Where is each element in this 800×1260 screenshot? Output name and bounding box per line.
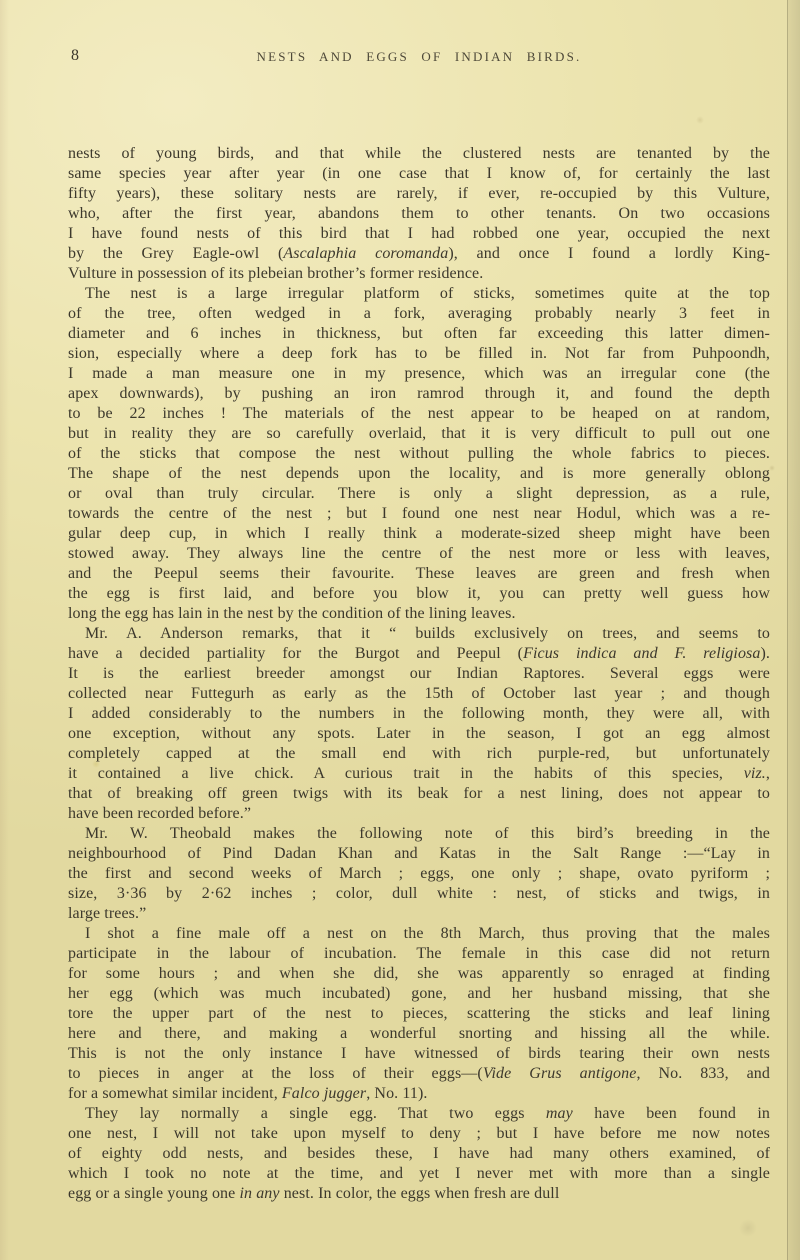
text-line: Mr. A. Anderson remarks, that it “ build…: [68, 624, 770, 644]
text-line: for some hours ; and when she did, she w…: [68, 964, 770, 984]
text-segment: to pieces in anger at the loss of their …: [68, 1065, 483, 1082]
body-text: nests of young birds, and that while the…: [68, 144, 770, 1204]
text-segment: I have found nests of this bird that I h…: [68, 225, 770, 242]
italic-text-segment: Ascalaphia coromanda: [283, 245, 448, 262]
paragraph: Mr. A. Anderson remarks, that it “ build…: [68, 624, 770, 824]
text-segment: ,: [766, 765, 770, 782]
text-line: fifty years), these solitary nests are r…: [68, 184, 770, 204]
text-segment: tore the upper part of the nest to piece…: [68, 1005, 770, 1022]
text-segment: of eighty odd nests, and besides these, …: [68, 1145, 770, 1162]
text-line: towards the centre of the nest ; but I f…: [68, 504, 770, 524]
text-line: nests of young birds, and that while the…: [68, 144, 770, 164]
text-line: tore the upper part of the nest to piece…: [68, 1004, 770, 1024]
text-line: for a somewhat similar incident, Falco j…: [68, 1084, 770, 1104]
text-segment: of the sticks that compose the nest with…: [68, 445, 770, 462]
text-line: collected near Futtegurh as early as the…: [68, 684, 770, 704]
text-line: which I took no note at the time, and ye…: [68, 1164, 770, 1184]
text-line: her egg (which was much incubated) gone,…: [68, 984, 770, 1004]
running-header-row: 8 NESTS AND EGGS OF INDIAN BIRDS.: [68, 46, 770, 68]
text-line: Vulture in possession of its plebeian br…: [68, 264, 770, 284]
text-line: size, 3·36 by 2·62 inches ; color, dull …: [68, 884, 770, 904]
text-line: egg or a single young one in any nest. I…: [68, 1184, 770, 1204]
text-segment: her egg (which was much incubated) gone,…: [68, 985, 770, 1002]
text-line: I added considerably to the numbers in t…: [68, 704, 770, 724]
text-segment: who, after the first year, abandons them…: [68, 205, 770, 222]
text-segment: gular deep cup, in which I really think …: [68, 525, 770, 542]
text-segment: ).: [760, 645, 770, 662]
text-line: It is the earliest breeder amongst our I…: [68, 664, 770, 684]
text-line: the egg is first laid, and before you bl…: [68, 584, 770, 604]
text-line: of the tree, often wedged in a fork, ave…: [68, 304, 770, 324]
text-segment: but in reality they are so carefully ove…: [68, 425, 770, 442]
text-segment: completely capped at the small end with …: [68, 745, 770, 762]
text-line: This is not the only instance I have wit…: [68, 1044, 770, 1064]
text-line: neighbourhood of Pind Dadan Khan and Kat…: [68, 844, 770, 864]
text-segment: This is not the only instance I have wit…: [68, 1045, 770, 1062]
text-segment: The nest is a large irregular platform o…: [85, 285, 770, 302]
text-line: completely capped at the small end with …: [68, 744, 770, 764]
text-line: to be 22 inches ! The materials of the n…: [68, 404, 770, 424]
text-segment: , No. 11).: [366, 1085, 427, 1102]
text-segment: same species year after year (in one cas…: [68, 165, 770, 182]
text-line: gular deep cup, in which I really think …: [68, 524, 770, 544]
text-segment: of the tree, often wedged in a fork, ave…: [68, 305, 770, 322]
text-line: large trees.”: [68, 904, 770, 924]
text-line: one nest, I will not take upon myself to…: [68, 1124, 770, 1144]
text-line: but in reality they are so carefully ove…: [68, 424, 770, 444]
text-line: have a decided partiality for the Burgot…: [68, 644, 770, 664]
text-line: stowed away. They always line the centre…: [68, 544, 770, 564]
text-segment: nest. In color, the eggs when fresh are …: [280, 1185, 560, 1202]
text-segment: have a decided partiality for the Burgot…: [68, 645, 523, 662]
text-segment: I shot a fine male off a nest on the 8th…: [85, 925, 770, 942]
text-line: and the Peepul seems their favourite. Th…: [68, 564, 770, 584]
text-line: that of breaking off green twigs with it…: [68, 784, 770, 804]
text-line: the first and second weeks of March ; eg…: [68, 864, 770, 884]
text-segment: to be 22 inches ! The materials of the n…: [68, 405, 770, 422]
text-segment: which I took no note at the time, and ye…: [68, 1165, 770, 1182]
text-line: of the sticks that compose the nest with…: [68, 444, 770, 464]
text-segment: it contained a live chick. A curious tra…: [68, 765, 744, 782]
text-segment: the first and second weeks of March ; eg…: [68, 865, 770, 882]
text-line: to pieces in anger at the loss of their …: [68, 1064, 770, 1084]
text-segment: large trees.”: [68, 905, 146, 922]
paragraph: Mr. W. Theobald makes the following note…: [68, 824, 770, 924]
italic-text-segment: in any: [239, 1185, 279, 1202]
text-line: same species year after year (in one cas…: [68, 164, 770, 184]
text-segment: stowed away. They always line the centre…: [68, 545, 770, 562]
text-segment: The shape of the nest depends upon the l…: [68, 465, 770, 482]
text-segment: or oval than truly circular. There is on…: [68, 485, 770, 502]
text-segment: have been recorded before.”: [68, 805, 251, 822]
text-segment: Mr. W. Theobald makes the following note…: [85, 825, 770, 842]
text-segment: fifty years), these solitary nests are r…: [68, 185, 770, 202]
text-segment: long the egg has lain in the nest by the…: [68, 605, 516, 622]
text-segment: They lay normally a single egg. That two…: [85, 1105, 546, 1122]
text-segment: diameter and 6 inches in thickness, but …: [68, 325, 770, 342]
text-line: The nest is a large irregular platform o…: [68, 284, 770, 304]
text-segment: apex downwards), by pushing an iron ramr…: [68, 385, 770, 402]
italic-text-segment: may: [546, 1105, 573, 1122]
text-segment: towards the centre of the nest ; but I f…: [68, 505, 770, 522]
italic-text-segment: viz.: [744, 765, 766, 782]
italic-text-segment: Vide Grus antigone: [483, 1065, 637, 1082]
text-segment: It is the earliest breeder amongst our I…: [68, 665, 770, 682]
text-segment: size, 3·36 by 2·62 inches ; color, dull …: [68, 885, 770, 902]
text-line: have been recorded before.”: [68, 804, 770, 824]
text-segment: neighbourhood of Pind Dadan Khan and Kat…: [68, 845, 770, 862]
text-segment: one exception, without any spots. Later …: [68, 725, 770, 742]
text-line: I have found nests of this bird that I h…: [68, 224, 770, 244]
text-segment: sion, especially where a deep fork has t…: [68, 345, 770, 362]
text-segment: for some hours ; and when she did, she w…: [68, 965, 770, 982]
text-line: Mr. W. Theobald makes the following note…: [68, 824, 770, 844]
text-segment: I added considerably to the numbers in t…: [68, 705, 770, 722]
text-line: of eighty odd nests, and besides these, …: [68, 1144, 770, 1164]
paragraph: I shot a fine male off a nest on the 8th…: [68, 924, 770, 1104]
text-segment: collected near Futtegurh as early as the…: [68, 685, 770, 702]
page-edge-left-shading: [0, 0, 9, 1260]
text-line: by the Grey Eagle-owl (Ascalaphia coroma…: [68, 244, 770, 264]
text-segment: Mr. A. Anderson remarks, that it “ build…: [85, 625, 770, 642]
text-line: The shape of the nest depends upon the l…: [68, 464, 770, 484]
book-page-scan: { "page": { "number": "8", "running_head…: [0, 0, 800, 1260]
running-header: NESTS AND EGGS OF INDIAN BIRDS.: [68, 49, 770, 65]
text-segment: the egg is first laid, and before you bl…: [68, 585, 770, 602]
text-line: They lay normally a single egg. That two…: [68, 1104, 770, 1124]
text-segment: , No. 833, and: [636, 1065, 770, 1082]
paragraph: The nest is a large irregular platform o…: [68, 284, 770, 624]
text-line: or oval than truly circular. There is on…: [68, 484, 770, 504]
text-segment: nests of young birds, and that while the…: [68, 145, 770, 162]
text-line: I shot a fine male off a nest on the 8th…: [68, 924, 770, 944]
paragraph: They lay normally a single egg. That two…: [68, 1104, 770, 1204]
text-line: participate in the labour of incubation.…: [68, 944, 770, 964]
text-segment: that of breaking off green twigs with it…: [68, 785, 770, 802]
text-line: apex downwards), by pushing an iron ramr…: [68, 384, 770, 404]
italic-text-segment: Ficus indica and F. religiosa: [523, 645, 760, 662]
italic-text-segment: Falco jugger: [282, 1085, 366, 1102]
text-line: it contained a live chick. A curious tra…: [68, 764, 770, 784]
text-line: one exception, without any spots. Later …: [68, 724, 770, 744]
text-segment: egg or a single young one: [68, 1185, 239, 1202]
text-segment: for a somewhat similar incident,: [68, 1085, 282, 1102]
text-segment: here and there, and making a wonderful s…: [68, 1025, 770, 1042]
paragraph: nests of young birds, and that while the…: [68, 144, 770, 284]
text-line: who, after the first year, abandons them…: [68, 204, 770, 224]
text-segment: and the Peepul seems their favourite. Th…: [68, 565, 770, 582]
text-segment: by the Grey Eagle-owl (: [68, 245, 283, 262]
text-line: sion, especially where a deep fork has t…: [68, 344, 770, 364]
text-segment: Vulture in possession of its plebeian br…: [68, 265, 483, 282]
text-segment: I made a man measure one in my presence,…: [68, 365, 770, 382]
text-segment: ), and once I found a lordly King-: [448, 245, 770, 262]
text-line: I made a man measure one in my presence,…: [68, 364, 770, 384]
text-line: diameter and 6 inches in thickness, but …: [68, 324, 770, 344]
page-edge-right-shading: [787, 0, 800, 1260]
text-line: here and there, and making a wonderful s…: [68, 1024, 770, 1044]
text-line: long the egg has lain in the nest by the…: [68, 604, 770, 624]
text-segment: participate in the labour of incubation.…: [68, 945, 770, 962]
text-segment: one nest, I will not take upon myself to…: [68, 1125, 770, 1142]
text-segment: have been found in: [573, 1105, 770, 1122]
